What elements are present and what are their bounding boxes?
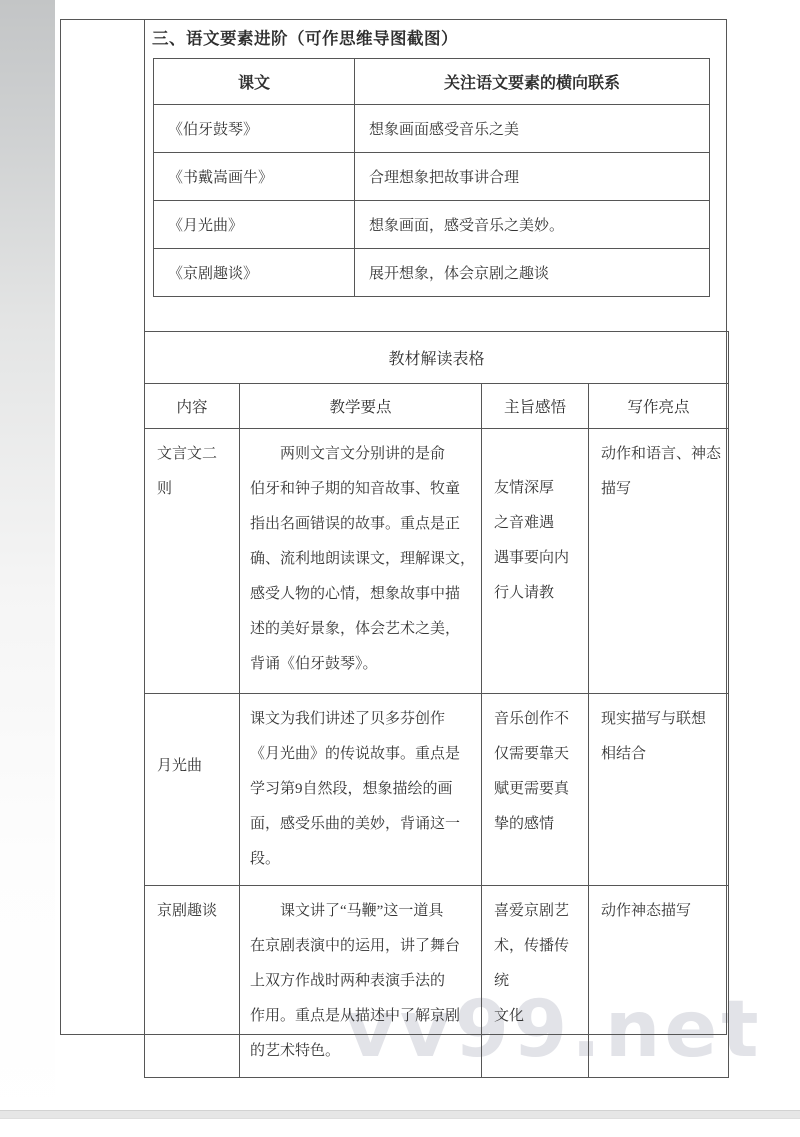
document-page: vv99.net 三、语文要素进阶（可作思维导图截图） 课文 关注语文要素的横向… xyxy=(0,0,800,1137)
table-row: 《月光曲》 想象画面，感受音乐之美妙。 xyxy=(154,201,710,249)
table-row: 文言文二 则 两则文言文分别讲的是俞 伯牙和钟子期的知音故事、牧童 指出名画错误… xyxy=(145,429,729,694)
table-row: 《京剧趣谈》 展开想象，体会京剧之趣谈 xyxy=(154,249,710,297)
header-lesson: 课文 xyxy=(154,59,355,105)
page-break-band xyxy=(0,1110,800,1119)
header-theme: 主旨感悟 xyxy=(482,384,589,429)
cell-content: 京剧趣谈 xyxy=(145,886,240,1078)
elements-table: 课文 关注语文要素的横向联系 《伯牙鼓琴》 想象画面感受音乐之美 《书戴嵩画牛》… xyxy=(153,58,710,297)
cell-points: 课文讲了“马鞭”这一道具 在京剧表演中的运用，讲了舞台 上双方作战时两种表演手法… xyxy=(240,886,482,1078)
elements-table-header-row: 课文 关注语文要素的横向联系 xyxy=(154,59,710,105)
section-title: 三、语文要素进阶（可作思维导图截图） xyxy=(152,25,458,49)
cell-connection: 合理想象把故事讲合理 xyxy=(355,153,710,201)
cell-connection: 想象画面感受音乐之美 xyxy=(355,105,710,153)
table-row: 京剧趣谈 课文讲了“马鞭”这一道具 在京剧表演中的运用，讲了舞台 上双方作战时两… xyxy=(145,886,729,1078)
cell-theme: 音乐创作不 仅需要靠天 赋更需要真 挚的感情 xyxy=(482,694,589,886)
cell-theme: 喜爱京剧艺 术，传播传统 文化 xyxy=(482,886,589,1078)
analysis-table-title: 教材解读表格 xyxy=(145,332,729,384)
analysis-table: 教材解读表格 内容 教学要点 主旨感悟 写作亮点 文言文二 则 两则文言文分别讲… xyxy=(144,331,729,1078)
cell-content: 月光曲 xyxy=(145,694,240,886)
table-row: 《书戴嵩画牛》 合理想象把故事讲合理 xyxy=(154,153,710,201)
cell-content: 文言文二 则 xyxy=(145,429,240,694)
cell-lesson: 《书戴嵩画牛》 xyxy=(154,153,355,201)
analysis-table-title-row: 教材解读表格 xyxy=(145,332,729,384)
table-row: 《伯牙鼓琴》 想象画面感受音乐之美 xyxy=(154,105,710,153)
cell-points: 课文为我们讲述了贝多芬创作 《月光曲》的传说故事。重点是 学习第9自然段，想象描… xyxy=(240,694,482,886)
header-highlight: 写作亮点 xyxy=(589,384,729,429)
analysis-table-header-row: 内容 教学要点 主旨感悟 写作亮点 xyxy=(145,384,729,429)
header-points: 教学要点 xyxy=(240,384,482,429)
cell-highlight: 动作和语言、神态 描写 xyxy=(589,429,729,694)
page-edge-shadow xyxy=(0,0,55,1137)
cell-lesson: 《伯牙鼓琴》 xyxy=(154,105,355,153)
header-connection: 关注语文要素的横向联系 xyxy=(355,59,710,105)
cell-points: 两则文言文分别讲的是俞 伯牙和钟子期的知音故事、牧童 指出名画错误的故事。重点是… xyxy=(240,429,482,694)
cell-theme: 友情深厚 之音难遇 遇事要向内 行人请教 xyxy=(482,429,589,694)
cell-highlight: 现实描写与联想 相结合 xyxy=(589,694,729,886)
cell-highlight: 动作神态描写 xyxy=(589,886,729,1078)
table-row: 月光曲 课文为我们讲述了贝多芬创作 《月光曲》的传说故事。重点是 学习第9自然段… xyxy=(145,694,729,886)
cell-connection: 展开想象，体会京剧之趣谈 xyxy=(355,249,710,297)
cell-lesson: 《月光曲》 xyxy=(154,201,355,249)
cell-lesson: 《京剧趣谈》 xyxy=(154,249,355,297)
cell-connection: 想象画面，感受音乐之美妙。 xyxy=(355,201,710,249)
header-content: 内容 xyxy=(145,384,240,429)
